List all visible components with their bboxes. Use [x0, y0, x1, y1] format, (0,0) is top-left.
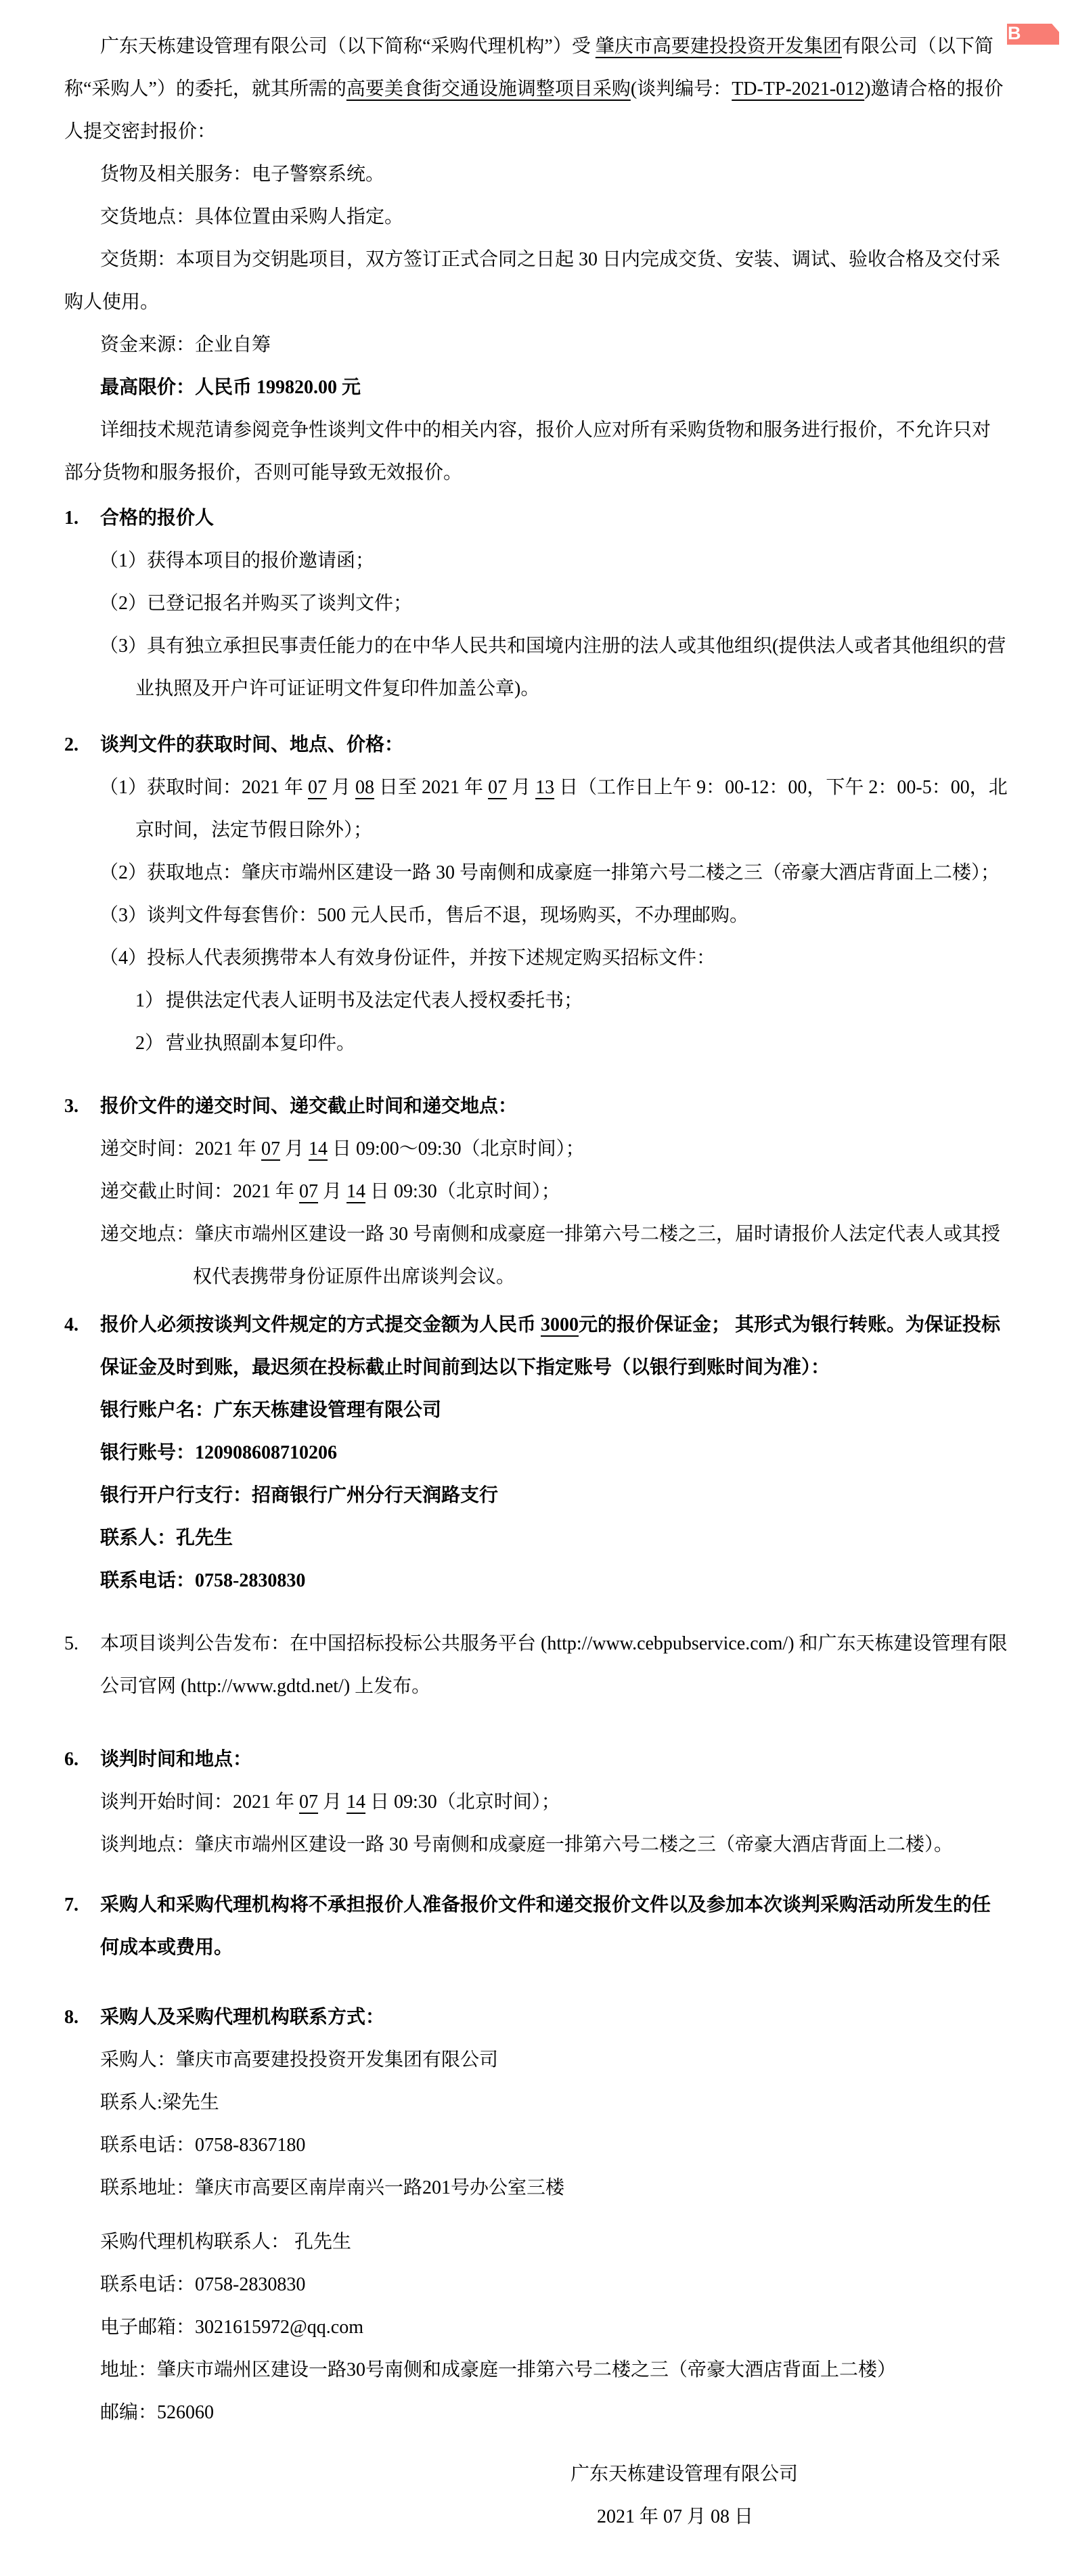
acquisition-item-4: （4）投标人代表须携带本人有效身份证件，并按下述规定购买招标文件：	[64, 937, 1008, 979]
text-segment: 谈判时间和地点：	[100, 1749, 252, 1770]
text-segment: 地址：肇庆市端州区建设一路30号南侧和成豪庭一排第六号二楼之三（帝豪大酒店背面上…	[100, 2359, 896, 2380]
text-segment: 递交时间：2021 年	[100, 1138, 261, 1159]
red-badge: B	[1007, 24, 1059, 45]
qualification-item-3: （3）具有独立承担民事责任能力的在中华人民共和国境内注册的法人或其他组织(提供法…	[64, 625, 1008, 710]
funding-source-line: 资金来源：企业自筹	[64, 324, 1008, 366]
agency-email-line: 电子邮箱：3021615972@qq.com	[64, 2306, 1008, 2349]
text-segment: 谈判开始时间：2021 年	[100, 1792, 299, 1813]
bank-branch-line: 银行开户行支行：招商银行广州分行天润路支行	[64, 1474, 1008, 1517]
bank-account-name-line: 银行账户名：广东天栋建设管理有限公司	[64, 1389, 1008, 1431]
text-segment: 银行账户名：广东天栋建设管理有限公司	[100, 1400, 441, 1421]
purchaser-contact-line: 联系人:梁先生	[64, 2081, 1008, 2124]
signature-company: 广东天栋建设管理有限公司	[64, 2453, 1008, 2495]
text-segment: 报价人必须按谈判文件规定的方式提交金额为人民币	[100, 1314, 541, 1335]
delivery-place-line: 交货地点：具体位置由采购人指定。	[64, 196, 1008, 238]
underlined-text: 07	[299, 1792, 318, 1813]
text-segment: 报价文件的递交时间、递交截止时间和递交地点：	[100, 1096, 517, 1117]
text-segment: 日 09:00～09:30（北京时间）；	[328, 1138, 585, 1159]
text-segment: 日至 2021 年	[374, 777, 488, 798]
text-segment: 递交地点：肇庆市端州区建设一路 30 号南侧和成豪庭一排第六号二楼之三，届时请报…	[100, 1224, 1000, 1287]
text-segment: 联系人:梁先生	[100, 2092, 219, 2113]
document-body: 广东天栋建设管理有限公司（以下简称“采购代理机构”）受 肇庆市高要建投投资开发集…	[0, 0, 1074, 2565]
item-number: （3）	[99, 894, 147, 937]
underlined-text: 13	[535, 777, 554, 798]
badge-letter: B	[1008, 24, 1021, 44]
text-segment: 投标人代表须携带本人有效身份证件，并按下述规定购买招标文件：	[147, 948, 715, 969]
text-segment: 采购代理机构联系人： 孔先生	[100, 2231, 351, 2252]
text-segment: 日 09:30（北京时间）；	[365, 1181, 560, 1202]
agency-phone-line: 联系电话：0758-2830830	[64, 2263, 1008, 2306]
text-segment: 本项目谈判公告发布：在中国招标投标公共服务平台 (http://www.cebp…	[100, 1633, 1008, 1697]
item-number: （3）	[99, 625, 147, 667]
item-number: 7.	[64, 1884, 100, 1926]
text-segment: 广东天栋建设管理有限公司	[570, 2464, 798, 2485]
text-segment: 获取地点：肇庆市端州区建设一路 30 号南侧和成豪庭一排第六号二楼之三（帝豪大酒…	[147, 862, 1000, 883]
text-segment: 采购人和采购代理机构将不承担报价人准备报价文件和递交报价文件以及参加本次谈判采购…	[100, 1894, 991, 1958]
text-segment: 资金来源：企业自筹	[100, 334, 271, 355]
text-segment: 月	[318, 1792, 346, 1813]
tech-spec-line: 详细技术规范请参阅竞争性谈判文件中的相关内容，报价人应对所有采购货物和服务进行报…	[64, 409, 1008, 494]
qualification-item-1: （1）获得本项目的报价邀请函；	[64, 539, 1008, 582]
text-segment: 联系电话：0758-2830830	[100, 2274, 305, 2295]
agency-postcode-line: 邮编：526060	[64, 2391, 1008, 2434]
qualification-item-2: （2）已登记报名并购买了谈判文件；	[64, 582, 1008, 625]
text-segment: 月	[318, 1181, 346, 1202]
item-number: 2）	[135, 1022, 166, 1065]
item-number: （4）	[99, 937, 147, 979]
text-segment: 交货地点：具体位置由采购人指定。	[100, 206, 403, 227]
underlined-text: 3000	[541, 1314, 579, 1335]
acquisition-subitem-1: 1）提供法定代表人证明书及法定代表人授权委托书；	[64, 979, 1008, 1022]
max-price-line: 最高限价：人民币 199820.00 元	[64, 366, 1008, 409]
agency-address-line: 地址：肇庆市端州区建设一路30号南侧和成豪庭一排第六号二楼之三（帝豪大酒店背面上…	[64, 2349, 1008, 2391]
item-number: 2.	[64, 724, 100, 766]
text-segment: 联系地址：肇庆市高要区南岸南兴一路201号办公室三楼	[100, 2177, 564, 2198]
text-segment: 合格的报价人	[100, 508, 214, 529]
submission-place-line: 递交地点：肇庆市端州区建设一路 30 号南侧和成豪庭一排第六号二楼之三，届时请报…	[64, 1213, 1008, 1298]
purchaser-line: 采购人：肇庆市高要建投投资开发集团有限公司	[64, 2039, 1008, 2081]
bank-account-number-line: 银行账号：120908608710206	[64, 1431, 1008, 1474]
acquisition-item-2: （2）获取地点：肇庆市端州区建设一路 30 号南侧和成豪庭一排第六号二楼之三（帝…	[64, 851, 1008, 894]
submission-time-line: 递交时间：2021 年 07 月 14 日 09:00～09:30（北京时间）；	[64, 1128, 1008, 1170]
underlined-text: 高要美食街交通设施调整项目采购	[346, 79, 631, 99]
section-8-heading: 8.采购人及采购代理机构联系方式：	[64, 1996, 1008, 2039]
text-segment: 谈判地点：肇庆市端州区建设一路 30 号南侧和成豪庭一排第六号二楼之三（帝豪大酒…	[100, 1834, 953, 1855]
text-segment: 联系电话：0758-2830830	[100, 1570, 305, 1591]
item-number: 1）	[135, 979, 166, 1022]
text-segment: 日 09:30（北京时间）；	[365, 1792, 560, 1813]
text-segment: 谈判文件的获取时间、地点、价格：	[100, 734, 403, 755]
section-6-heading: 6.谈判时间和地点：	[64, 1738, 1008, 1781]
bank-phone-line: 联系电话：0758-2830830	[64, 1559, 1008, 1602]
acquisition-item-1: （1）获取时间：2021 年 07 月 08 日至 2021 年 07 月 13…	[64, 766, 1008, 851]
text-segment: 提供法定代表人证明书及法定代表人授权委托书；	[166, 990, 583, 1011]
bank-contact-line: 联系人：孔先生	[64, 1517, 1008, 1559]
acquisition-item-3: （3）谈判文件每套售价：500 元人民币，售后不退，现场购买，不办理邮购。	[64, 894, 1008, 937]
text-segment: 月	[507, 777, 535, 798]
agency-contact-line: 采购代理机构联系人： 孔先生	[64, 2221, 1008, 2263]
signature-date: 2021 年 07 月 08 日	[64, 2495, 1008, 2538]
underlined-text: 07	[308, 777, 327, 798]
text-segment: 递交截止时间：2021 年	[100, 1181, 299, 1202]
item-number: 1.	[64, 497, 100, 539]
text-segment: 最高限价：人民币 199820.00 元	[100, 377, 361, 398]
text-segment: 采购人及采购代理机构联系方式：	[100, 2007, 384, 2028]
negotiation-start-line: 谈判开始时间：2021 年 07 月 14 日 09:30（北京时间）；	[64, 1781, 1008, 1823]
goods-line: 货物及相关服务：电子警察系统。	[64, 153, 1008, 196]
underlined-text: 08	[355, 777, 374, 798]
section-2-heading: 2.谈判文件的获取时间、地点、价格：	[64, 724, 1008, 766]
text-segment: 获取时间：2021 年	[147, 777, 308, 798]
text-segment: 已登记报名并购买了谈判文件；	[147, 593, 412, 614]
underlined-text: 14	[346, 1792, 365, 1813]
purchaser-phone-line: 联系电话：0758-8367180	[64, 2124, 1008, 2167]
text-segment: 银行账号：120908608710206	[100, 1442, 337, 1463]
text-segment: 联系人：孔先生	[100, 1528, 233, 1549]
text-segment: 获得本项目的报价邀请函；	[147, 550, 374, 571]
underlined-text: TD-TP-2021-012	[732, 79, 864, 99]
text-segment: 具有独立承担民事责任能力的在中华人民共和国境内注册的法人或其他组织(提供法人或者…	[135, 636, 1006, 699]
underlined-text: 07	[261, 1138, 280, 1159]
section-1-heading: 1.合格的报价人	[64, 497, 1008, 539]
text-segment: 月	[327, 777, 355, 798]
text-segment: 货物及相关服务：电子警察系统。	[100, 164, 384, 185]
text-segment: 邮编：526060	[100, 2402, 214, 2423]
text-segment: 银行开户行支行：招商银行广州分行天润路支行	[100, 1485, 498, 1506]
underlined-text: 07	[488, 777, 507, 798]
underlined-text: 07	[299, 1181, 318, 1202]
text-segment: 采购人：肇庆市高要建投投资开发集团有限公司	[100, 2049, 498, 2070]
underlined-text: 14	[346, 1181, 365, 1202]
text-segment: (谈判编号：	[631, 79, 732, 99]
negotiation-place-line: 谈判地点：肇庆市端州区建设一路 30 号南侧和成豪庭一排第六号二楼之三（帝豪大酒…	[64, 1823, 1008, 1866]
item-number: 3.	[64, 1085, 100, 1128]
text-segment: 谈判文件每套售价：500 元人民币，售后不退，现场购买，不办理邮购。	[147, 905, 748, 926]
section-3-heading: 3.报价文件的递交时间、递交截止时间和递交地点：	[64, 1085, 1008, 1128]
delivery-period-line: 交货期：本项目为交钥匙项目，双方签订正式合同之日起 30 日内完成交货、安装、调…	[64, 238, 1008, 324]
text-segment: 交货期：本项目为交钥匙项目，双方签订正式合同之日起 30 日内完成交货、安装、调…	[64, 249, 1000, 313]
text-segment: 2021 年 07 月 08 日	[597, 2506, 753, 2527]
underlined-text: 肇庆市高要建投投资开发集团	[596, 36, 842, 57]
item-number: 4.	[64, 1304, 100, 1346]
text-segment: 广东天栋建设管理有限公司（以下简称“采购代理机构”）受	[100, 36, 596, 57]
item-number: （1）	[99, 539, 147, 582]
section-7-paragraph: 7.采购人和采购代理机构将不承担报价人准备报价文件和递交报价文件以及参加本次谈判…	[64, 1884, 1008, 1969]
text-segment: 详细技术规范请参阅竞争性谈判文件中的相关内容，报价人应对所有采购货物和服务进行报…	[64, 420, 991, 483]
underlined-text: 14	[309, 1138, 328, 1159]
item-number: 8.	[64, 1996, 100, 2039]
item-number: 5.	[64, 1622, 100, 1665]
submission-deadline-line: 递交截止时间：2021 年 07 月 14 日 09:30（北京时间）；	[64, 1170, 1008, 1213]
section-5-paragraph: 5.本项目谈判公告发布：在中国招标投标公共服务平台 (http://www.ce…	[64, 1622, 1008, 1708]
text-segment: 月	[280, 1138, 309, 1159]
section-4-paragraph: 4.报价人必须按谈判文件规定的方式提交金额为人民币 3000元的报价保证金； 其…	[64, 1304, 1008, 1389]
item-number: （2）	[99, 851, 147, 894]
item-number: （1）	[99, 766, 147, 809]
item-number: （2）	[99, 582, 147, 625]
acquisition-subitem-2: 2）营业执照副本复印件。	[64, 1022, 1008, 1065]
text-segment: 电子邮箱：3021615972@qq.com	[100, 2317, 363, 2338]
purchaser-address-line: 联系地址：肇庆市高要区南岸南兴一路201号办公室三楼	[64, 2167, 1008, 2209]
text-segment: 营业执照副本复印件。	[166, 1033, 355, 1054]
text-segment: 联系电话：0758-8367180	[100, 2135, 305, 2156]
item-number: 6.	[64, 1738, 100, 1781]
intro-paragraph: 广东天栋建设管理有限公司（以下简称“采购代理机构”）受 肇庆市高要建投投资开发集…	[64, 25, 1008, 153]
document-page: B 广东天栋建设管理有限公司（以下简称“采购代理机构”）受 肇庆市高要建投投资开…	[0, 0, 1074, 2576]
